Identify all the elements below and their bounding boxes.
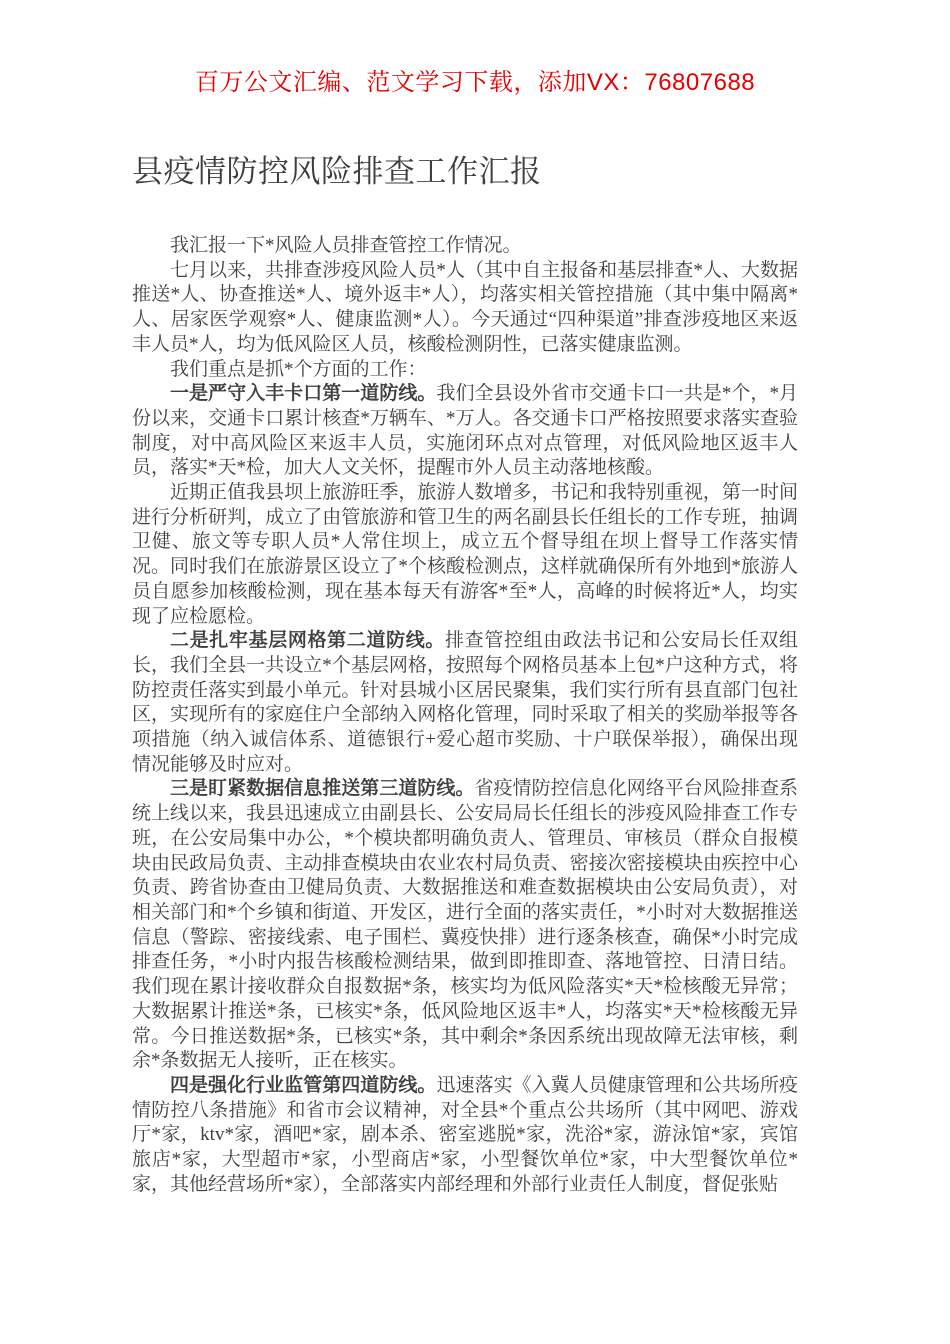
paragraph-lead: 四是强化行业监管第四道防线。: [170, 1075, 436, 1096]
paragraph-text: 近期正值我县坝上旅游旺季，旅游人数增多，书记和我特别重视，第一时间进行分析研判，…: [132, 482, 798, 627]
paragraph-text: 我汇报一下*风险人员排查管控工作情况。: [170, 235, 522, 256]
document-paragraph: 三是盯紧数据信息推送第三道防线。省疫情防控信息化网络平台风险排查系统上线以来，我…: [132, 777, 798, 1073]
paragraph-lead: 三是盯紧数据信息推送第三道防线。: [170, 778, 475, 799]
document-paragraph: 四是强化行业监管第四道防线。迅速落实《入冀人员健康管理和公共场所疫情防控八条措施…: [132, 1074, 798, 1198]
document-body: 我汇报一下*风险人员排查管控工作情况。七月以来，共排查涉疫风险人员*人（其中自主…: [132, 234, 798, 1197]
paragraph-lead: 一是严守入丰卡口第一道防线。: [170, 383, 436, 404]
document-paragraph: 二是扎牢基层网格第二道防线。排查管控组由政法书记和公安局长任双组长，我们全县一共…: [132, 629, 798, 777]
document-page: 百万公文汇编、范文学习下载，添加VX：76807688 县疫情防控风险排查工作汇…: [0, 0, 950, 1344]
paragraph-text: 省疫情防控信息化网络平台风险排查系统上线以来，我县迅速成立由副县长、公安局局长任…: [132, 778, 798, 1071]
paragraph-text: 排查管控组由政法书记和公安局长任双组长，我们全县一共设立*个基层网格，按照每个网…: [132, 630, 798, 775]
document-paragraph: 一是严守入丰卡口第一道防线。我们全县设外省市交通卡口一共是*个，*月份以来，交通…: [132, 382, 798, 481]
document-title: 县疫情防控风险排查工作汇报: [132, 146, 832, 191]
document-paragraph: 近期正值我县坝上旅游旺季，旅游人数增多，书记和我特别重视，第一时间进行分析研判，…: [132, 481, 798, 629]
document-paragraph: 我汇报一下*风险人员排查管控工作情况。: [132, 234, 798, 259]
paragraph-lead: 二是扎牢基层网格第二道防线。: [170, 630, 445, 651]
paragraph-text: 七月以来，共排查涉疫风险人员*人（其中自主报备和基层排查*人、大数据推送*人、协…: [132, 260, 798, 355]
document-paragraph: 七月以来，共排查涉疫风险人员*人（其中自主报备和基层排查*人、大数据推送*人、协…: [132, 259, 798, 358]
paragraph-text: 我们重点是抓*个方面的工作：: [170, 359, 427, 380]
document-paragraph: 我们重点是抓*个方面的工作：: [132, 358, 798, 383]
promo-header-notice: 百万公文汇编、范文学习下载，添加VX：76807688: [0, 62, 950, 97]
